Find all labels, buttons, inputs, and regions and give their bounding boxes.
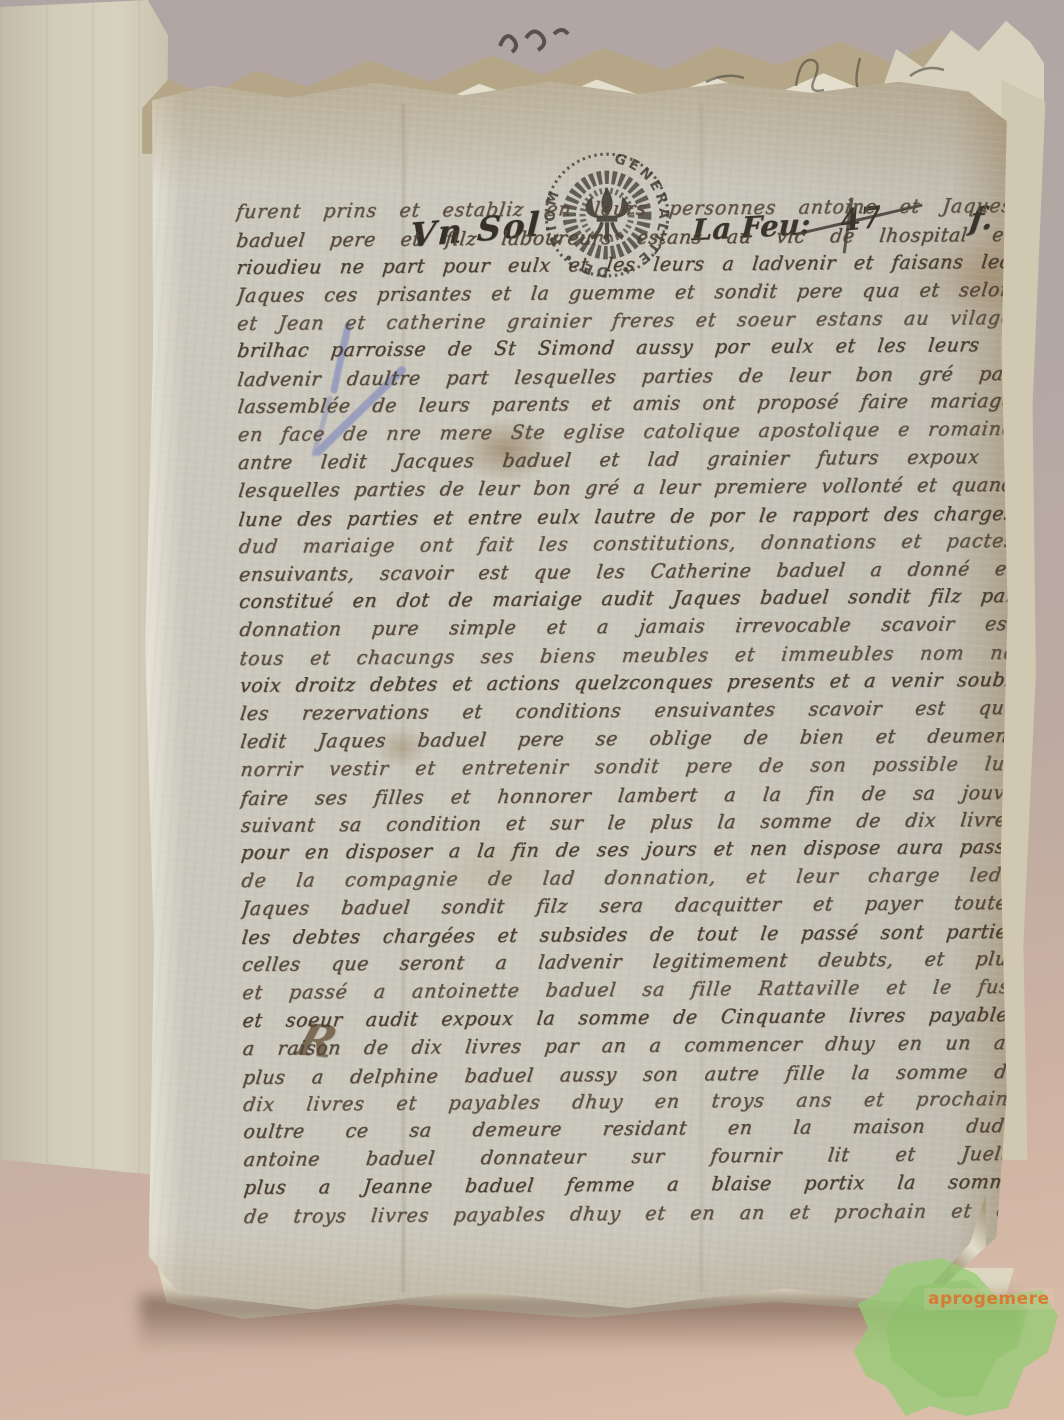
watermark-region-shape: [846, 1256, 1064, 1420]
manuscript-photo: Vn Sol GENERALITE • DE • RIOM: [0, 0, 1064, 1420]
manuscript-line: de troys livres payables dhuy et en an e…: [242, 1198, 1021, 1232]
manuscript-line: a raison de dix livres par an a commence…: [241, 1030, 1020, 1064]
manuscript-text: furent prins et establiz en leurs person…: [236, 193, 1020, 1231]
manuscript-line: lesquelles parties de leur bon gré a leu…: [237, 472, 1016, 506]
blank-underpage-left: [0, 0, 168, 1176]
manuscript-line: norrir vestir et entretenir sondit pere …: [239, 751, 1018, 785]
manuscript-line: furent prins et establiz en leurs person…: [234, 193, 1013, 227]
manuscript-page: Vn Sol GENERALITE • DE • RIOM: [140, 78, 1012, 1318]
ink-remnant-top-center: [492, 16, 582, 64]
